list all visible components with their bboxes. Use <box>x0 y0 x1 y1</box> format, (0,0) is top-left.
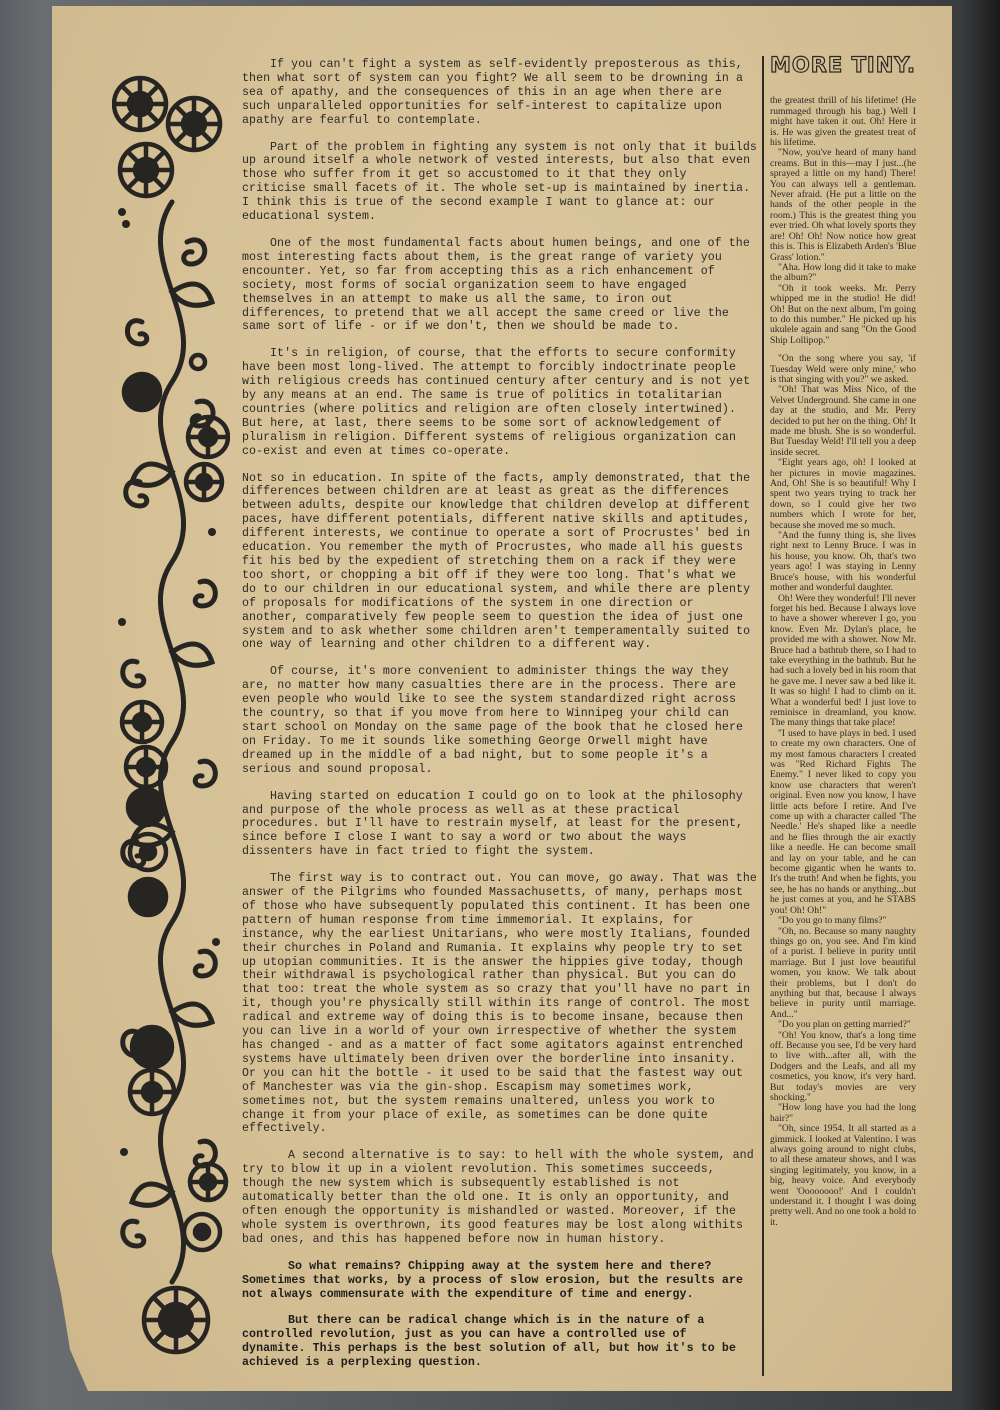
sidebar-paragraph: "Do you go to many films?" <box>770 916 916 926</box>
sidebar-paragraph: "Now, you've heard of many hand creams. … <box>770 148 916 262</box>
sidebar-article: MORE TINY. the greatest thrill of his li… <box>770 58 916 1228</box>
sidebar-paragraph: "Oh, no. Because so many naughty things … <box>770 927 916 1021</box>
sidebar-paragraph: "Oh, since 1954. It all started as a gim… <box>770 1124 916 1228</box>
floral-vine-border-icon <box>112 62 230 1372</box>
sidebar-paragraph: "How long have you had the long hair?" <box>770 1103 916 1124</box>
article-paragraph: If you can't fight a system as self-evid… <box>242 58 757 128</box>
sidebar-paragraph: "On the song where you say, 'if Tuesday … <box>770 354 916 385</box>
article-paragraph: Having started on education I could go o… <box>242 790 757 860</box>
column-divider <box>762 56 764 1376</box>
article-paragraph: A second alternative is to say: to hell … <box>242 1149 757 1246</box>
article-paragraph: Not so in education. In spite of the fac… <box>242 472 757 653</box>
article-paragraph: The first way is to contract out. You ca… <box>242 872 757 1136</box>
article-paragraph: Of course, it's more convenient to admin… <box>242 665 757 776</box>
sidebar-paragraph: "Aha. How long did it take to make the a… <box>770 263 916 284</box>
article-paragraph: So what remains? Chipping away at the sy… <box>242 1260 757 1302</box>
sidebar-paragraph: "Do you plan on getting married?" <box>770 1020 916 1030</box>
main-article: If you can't fight a system as self-evid… <box>242 58 757 1383</box>
sidebar-paragraph: the greatest thrill of his lifetime! (He… <box>770 96 916 148</box>
sidebar-paragraph: "Oh! You know, that's a long time off. B… <box>770 1031 916 1104</box>
sidebar-paragraph: "Oh! That was Miss Nico, of the Velvet U… <box>770 385 916 458</box>
article-paragraph: It's in religion, of course, that the ef… <box>242 347 757 458</box>
sidebar-paragraph: "Eight years ago, oh! I looked at her pi… <box>770 458 916 531</box>
sidebar-paragraph: "And the funny thing is, she lives right… <box>770 531 916 593</box>
article-paragraph: One of the most fundamental facts about … <box>242 237 757 334</box>
sidebar-paragraph: Oh! Were they wonderful! I'll never forg… <box>770 594 916 729</box>
sidebar-paragraph: "Oh it took weeks. Mr. Perry whipped me … <box>770 284 916 346</box>
article-paragraph: But there can be radical change which is… <box>242 1314 757 1370</box>
sidebar-paragraph: "I used to have plays in bed. I used to … <box>770 729 916 916</box>
article-paragraph: Part of the problem in fighting any syst… <box>242 141 757 224</box>
sidebar-title: MORE TINY. <box>770 60 916 70</box>
